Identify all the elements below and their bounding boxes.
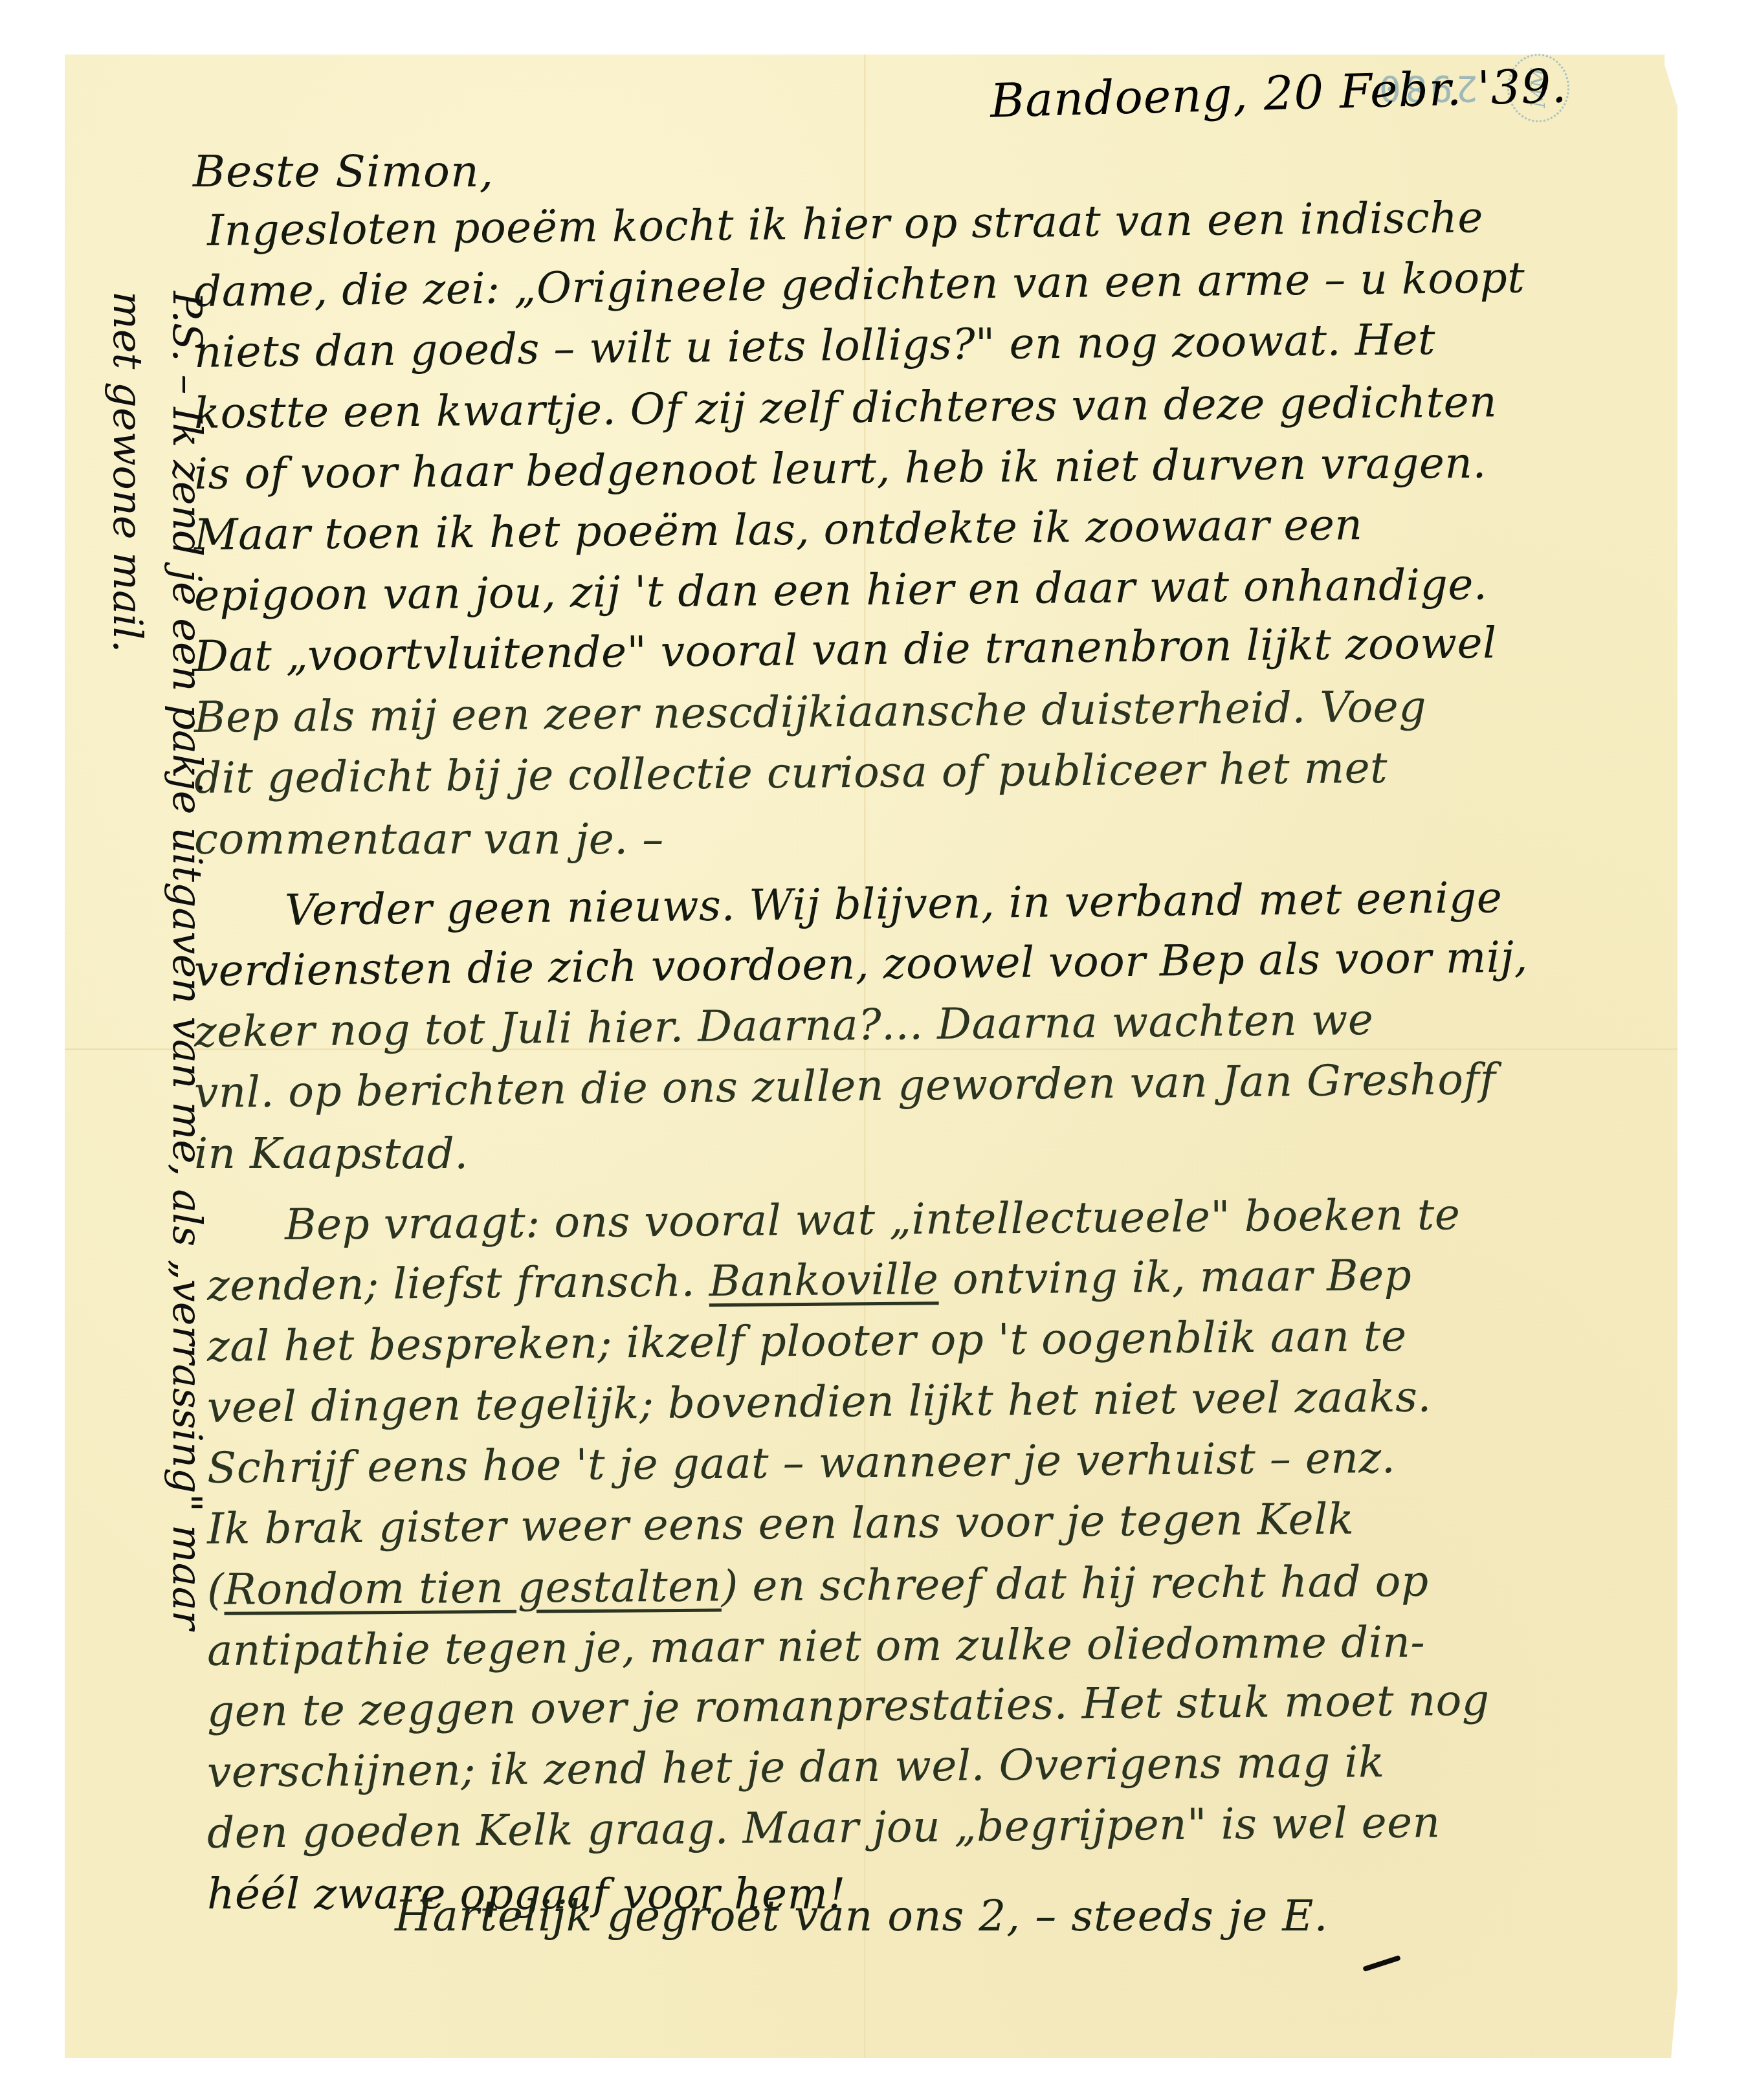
postscript-line: met gewone mail. — [98, 291, 157, 1630]
body-line: commentaar van je. – — [194, 814, 664, 864]
postscript-margin-note: P.S. – Ik zend je een pakje uitgaven van… — [98, 291, 217, 1630]
body-line: Maar toen ik het poeëm las, ontdekte ik … — [194, 500, 1363, 560]
salutation: Beste Simon, — [193, 146, 494, 197]
postscript-line: P.S. – Ik zend je een pakje uitgaven van… — [157, 291, 217, 1630]
underlined-title: Rondom tien gestalten — [224, 1561, 722, 1614]
body-line: dit gedicht bij je collectie curiosa of … — [194, 743, 1388, 803]
body-line: verschijnen; ik zend het je dan wel. Ove… — [207, 1737, 1385, 1797]
body-line: Schrijf eens hoe 't je gaat – wanneer je… — [207, 1433, 1396, 1493]
body-line: Ik brak gister weer eens een lans voor j… — [207, 1494, 1355, 1554]
perforated-top-edge — [65, 43, 1665, 52]
body-line: antipathie tegen je, maar niet om zulke … — [207, 1617, 1426, 1675]
body-line: in Kaapstad. — [194, 1129, 469, 1178]
body-line: (Rondom tien gestalten) en schreef dat h… — [207, 1556, 1429, 1615]
body-line: zal het bespreken; ikzelf plooter op 't … — [207, 1311, 1407, 1371]
underlined-title: Bankoville — [709, 1254, 938, 1306]
body-line: Bep vraagt: ons vooral wat „intellectuee… — [285, 1189, 1461, 1250]
closing-signature: Hartelijk gegroet van ons 2, – steeds je… — [395, 1891, 1329, 1941]
body-line: zenden; liefst fransch. Bankoville ontvi… — [207, 1250, 1412, 1310]
